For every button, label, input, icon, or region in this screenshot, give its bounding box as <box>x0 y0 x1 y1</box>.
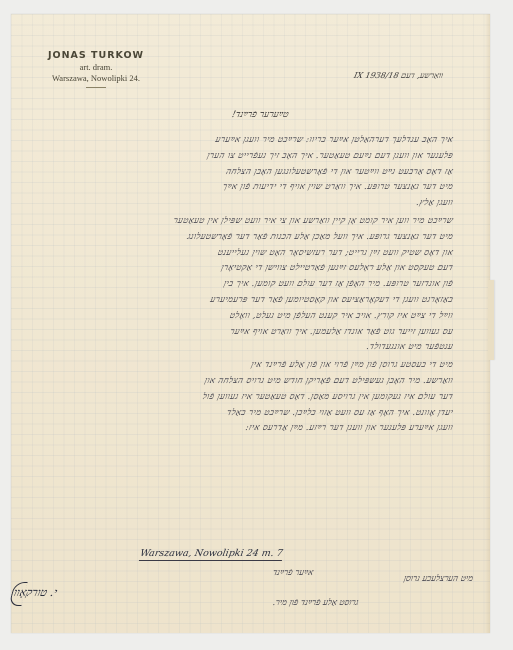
letter-date: וואַרשע, דעם 18/IX 1938 <box>353 71 444 80</box>
handwritten-line: מיט דער גאַנצער טרופּע. איך וואַרט שוין … <box>14 179 473 195</box>
handwritten-line: באַזאָרגט וועגן די דעקאָראַציעס און קאָס… <box>14 292 473 308</box>
handwritten-line: שרײַבט מיר ווען איר קומט אָן קיין וואַרש… <box>14 213 473 229</box>
handwritten-line: דער עולם איז געקומען אין גרויסע מאַסן. ד… <box>14 389 473 405</box>
letterhead-address: Warszawa, Nowolipki 24. <box>36 73 156 84</box>
handwritten-line: מיט די בעסטע גרוסן פֿון מײַן פֿרוי און פ… <box>14 357 473 373</box>
closing-line-1: מיט הערצלעכע גרוסן <box>403 573 474 583</box>
handwritten-line: פֿון אונדזער טרופּע. מיר האָפֿן אַז דער … <box>14 276 473 292</box>
handwritten-line: וועגן אײַערע פּלענער און וועגן דער רײַזע… <box>14 420 473 436</box>
handwritten-line: און דאָס שטיק וועט זײַן גרייט; דער רעזשי… <box>14 245 473 261</box>
letter-salutation: טײַערער פֿרײַנד! <box>230 109 289 120</box>
postscript: גרוסט אַלע פֿרײַנד פֿון מיר. <box>272 597 360 607</box>
handwritten-line: וועגן אַלץ. <box>14 195 473 211</box>
underlined-address: Warszawa, Nowolipki 24 m. 7 <box>139 548 284 561</box>
paragraph-3: מיט די בעסטע גרוסן פֿון מײַן פֿרוי און פ… <box>16 357 471 436</box>
signature: י. טורקאָוו <box>12 586 58 599</box>
handwritten-line: ענטפֿער מיט אונגעדולד. <box>14 339 473 355</box>
paragraph-1: איך האָב ענדלעך דערהאַלטן אײַער בריוו: ש… <box>16 132 471 211</box>
handwritten-line: עס געווען זייער גוט פֿאַר אונדז אַלעמען.… <box>14 324 473 340</box>
letter-body: איך האָב ענדלעך דערהאַלטן אײַער בריוו: ש… <box>16 132 471 436</box>
handwritten-line: ווײַל די צײַט איז קורץ. אויב איר קענט הע… <box>14 308 473 324</box>
handwritten-line: איך האָב ענדלעך דערהאַלטן אײַער בריוו: ש… <box>14 132 473 148</box>
handwritten-line: אַז דאָס אַרבעט גײט ווײַטער און די פֿאָר… <box>14 164 473 180</box>
letterhead-name: JONAS TURKOW <box>36 50 156 62</box>
letterhead: JONAS TURKOW art. dram. Warszawa, Nowoli… <box>36 50 156 88</box>
handwritten-line: מיט דער גאַנצער גרופּע. איך וועל מאַכן א… <box>14 229 473 245</box>
handwritten-line: דעם טעקסט און אַלע ראָלעס זײַנען פֿאַרטי… <box>14 260 473 276</box>
paper-edge <box>485 14 490 633</box>
paragraph-2: שרײַבט מיר ווען איר קומט אָן קיין וואַרש… <box>16 213 471 355</box>
handwritten-line: וואַרשע. מיר האָבן געשפּילט דעם פֿאָריקן… <box>14 373 473 389</box>
letterhead-divider <box>86 87 106 88</box>
closing-line-2: אײַער פֿרײַנד <box>272 567 314 577</box>
handwritten-line: יעדן אָוונט. איך האָף אַז עס וועט אַזוי … <box>14 405 473 421</box>
letterhead-title: art. dram. <box>36 62 156 73</box>
handwritten-line: פּלענער און וועגן דעם נײַעם טעאַטער. איך… <box>14 148 473 164</box>
